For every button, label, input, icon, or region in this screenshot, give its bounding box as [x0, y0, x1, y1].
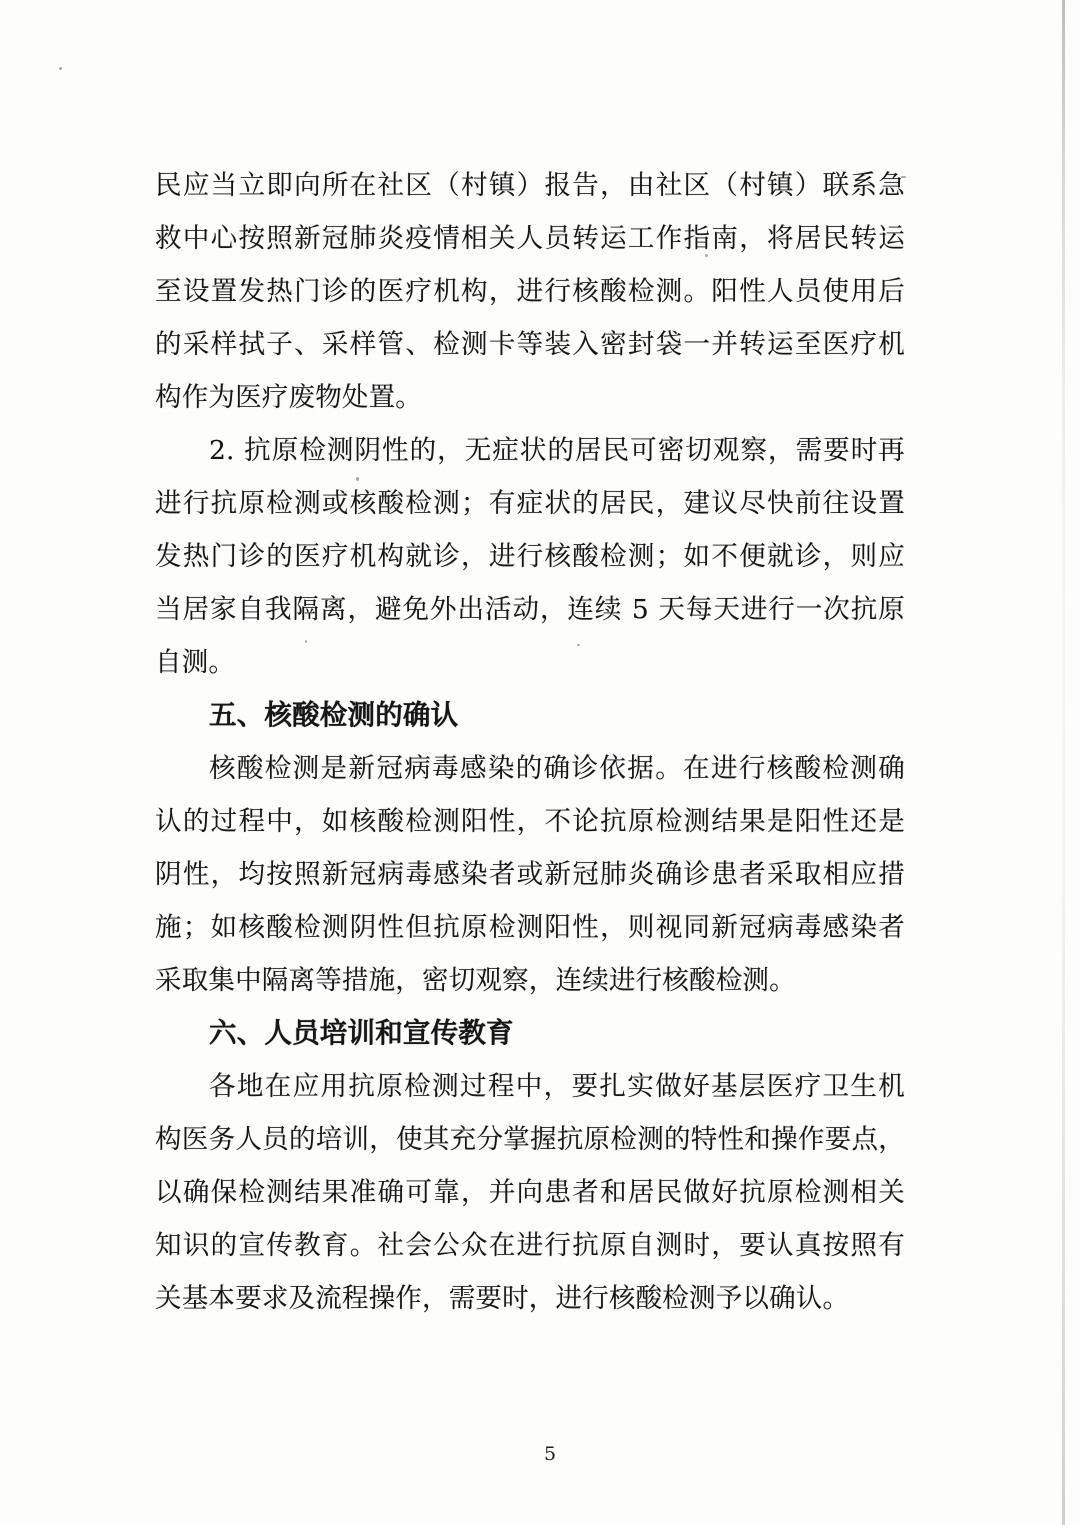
body-line: 以确保检测结果准确可靠，并向患者和居民做好抗原检测相关	[155, 1166, 905, 1219]
body-line: 自测。	[155, 636, 905, 689]
body-line: 发热门诊的医疗机构就诊，进行核酸检测；如不便就诊，则应	[155, 530, 905, 583]
body-line: 的采样拭子、采样管、检测卡等装入密封袋一并转运至医疗机	[155, 318, 905, 371]
body-line: 核酸检测是新冠病毒感染的确诊依据。在进行核酸检测确	[155, 742, 905, 795]
body-line: 至设置发热门诊的医疗机构，进行核酸检测。阳性人员使用后	[155, 265, 905, 318]
body-line: 民应当立即向所在社区（村镇）报告，由社区（村镇）联系急	[155, 159, 905, 212]
section-heading-5: 五、核酸检测的确认	[155, 689, 905, 742]
body-line: 采取集中隔离等措施，密切观察，连续进行核酸检测。	[155, 954, 905, 1007]
body-line: 各地在应用抗原检测过程中，要扎实做好基层医疗卫生机	[155, 1060, 905, 1113]
body-line: 认的过程中，如核酸检测阳性，不论抗原检测结果是阳性还是	[155, 795, 905, 848]
body-line: 救中心按照新冠肺炎疫情相关人员转运工作指南，将居民转运	[155, 212, 905, 265]
body-line: 施；如核酸检测阴性但抗原检测阳性，则视同新冠病毒感染者	[155, 901, 905, 954]
document-body: 民应当立即向所在社区（村镇）报告，由社区（村镇）联系急 救中心按照新冠肺炎疫情相…	[155, 159, 905, 1325]
section-heading-6: 六、人员培训和宣传教育	[155, 1007, 905, 1060]
scan-speck	[305, 640, 307, 643]
scan-speck	[59, 67, 62, 70]
scan-speck	[705, 254, 708, 257]
body-line: 阴性，均按照新冠病毒感染者或新冠肺炎确诊患者采取相应措	[155, 848, 905, 901]
body-line: 关基本要求及流程操作，需要时，进行核酸检测予以确认。	[155, 1272, 905, 1325]
scan-speck	[356, 477, 359, 481]
page-number: 5	[10, 1443, 1080, 1465]
body-line: 构医务人员的培训，使其充分掌握抗原检测的特性和操作要点，	[155, 1113, 905, 1166]
scan-speck	[577, 644, 580, 646]
body-line: 当居家自我隔离，避免外出活动，连续 5 天每天进行一次抗原	[155, 583, 905, 636]
document-page: 民应当立即向所在社区（村镇）报告，由社区（村镇）联系急 救中心按照新冠肺炎疫情相…	[0, 0, 1080, 1525]
body-line: 进行抗原检测或核酸检测；有症状的居民，建议尽快前往设置	[155, 477, 905, 530]
scan-edge-streak	[1062, 0, 1065, 1525]
body-line: 构作为医疗废物处置。	[155, 371, 905, 424]
body-line: 知识的宣传教育。社会公众在进行抗原自测时，要认真按照有	[155, 1219, 905, 1272]
scan-speck	[901, 176, 906, 178]
body-line: 2. 抗原检测阴性的，无症状的居民可密切观察，需要时再	[155, 424, 905, 477]
